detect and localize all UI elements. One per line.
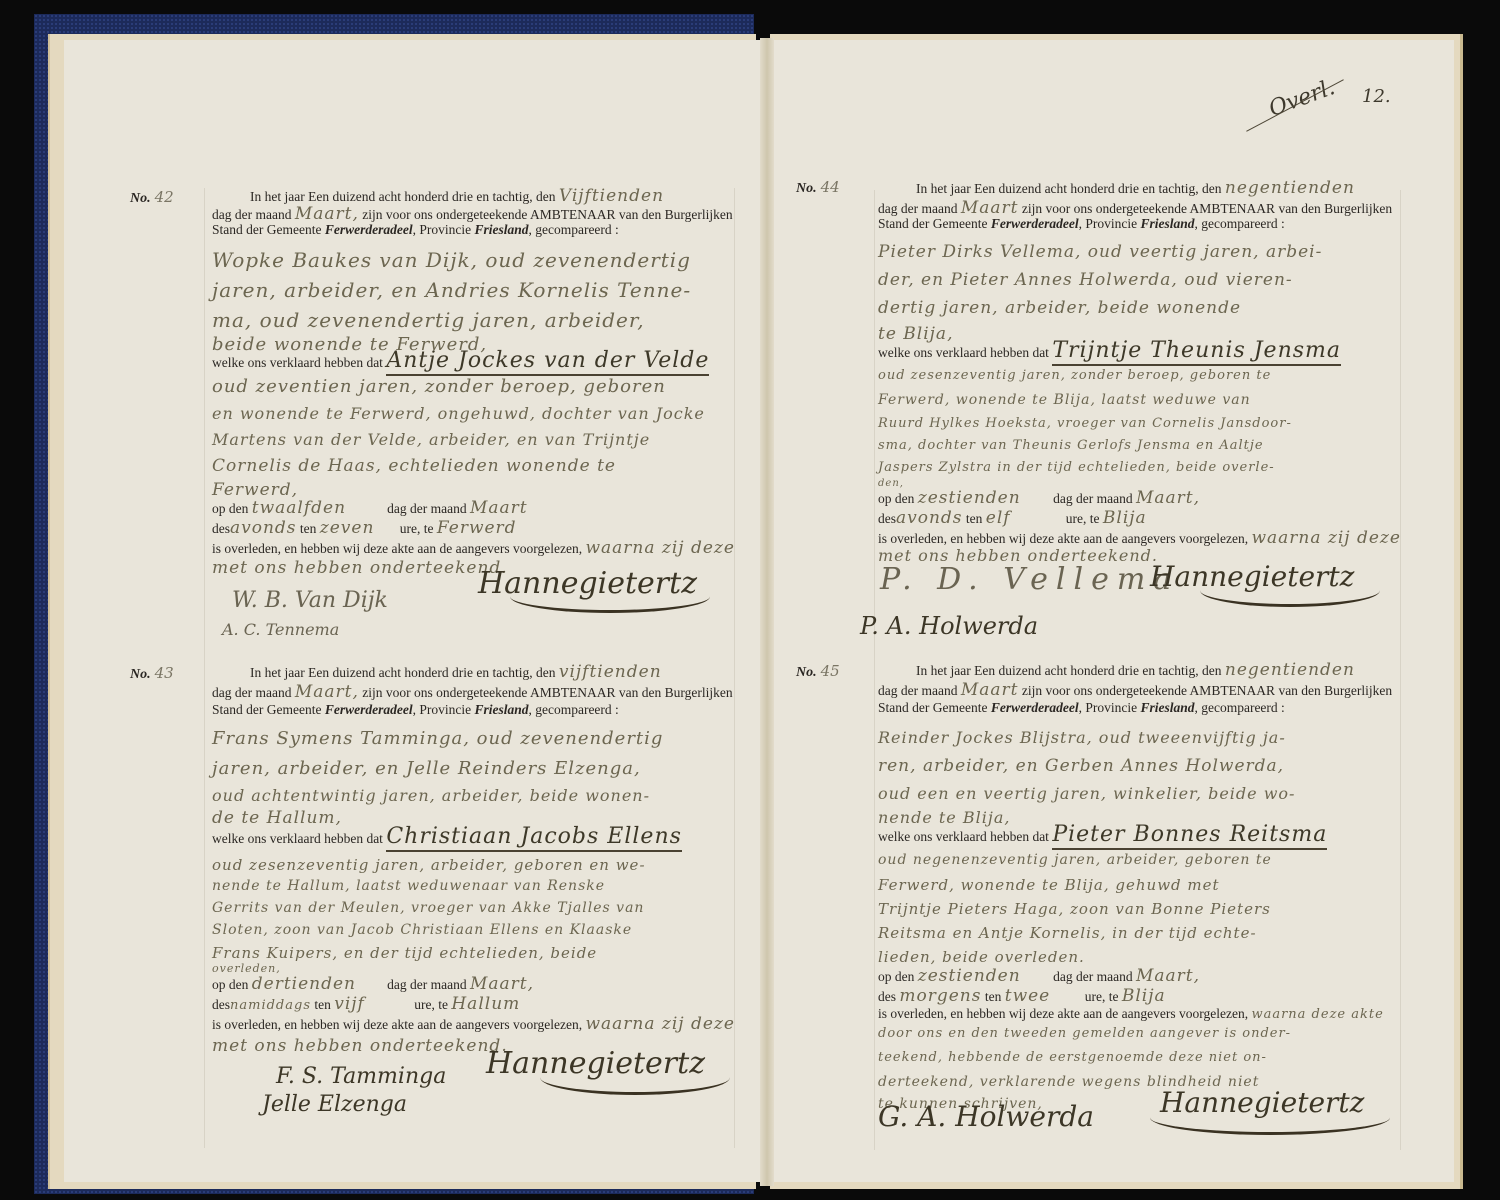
detail-line: Trijntje Pieters Haga, zoon van Bonne Pi… — [878, 900, 1271, 918]
detail-line: oud zesenzeventig jaren, zonder beroep, … — [878, 368, 1271, 383]
witness-line: ma, oud zevenendertig jaren, arbeider, — [212, 308, 645, 332]
detail-line: Ruurd Hylkes Hoeksta, vroeger van Cornel… — [878, 416, 1292, 431]
signature: G. A. Holwerda — [878, 1100, 1094, 1133]
signature: A. C. Tennema — [222, 620, 339, 639]
record-number: No.45 — [796, 662, 840, 681]
witness-line: oud een en veertig jaren, winkelier, bei… — [878, 784, 1295, 803]
detail-line: sma, dochter van Theunis Gerlofs Jensma … — [878, 438, 1264, 453]
witness-line: jaren, arbeider, en Andries Kornelis Ten… — [212, 278, 691, 302]
signature: Jelle Elzenga — [262, 1092, 407, 1117]
detail-line: nende te Hallum, laatst weduwenaar van R… — [212, 878, 605, 894]
witness-line: dertig jaren, arbeider, beide wonende — [878, 298, 1241, 318]
deceased-name: Christiaan Jacobs Ellens — [386, 824, 682, 852]
witness-line: oud achtentwintig jaren, arbeider, beide… — [212, 786, 650, 805]
detail-line: lieden, beide overleden. — [878, 948, 1085, 966]
margin-rule — [874, 190, 875, 1150]
signature: F. S. Tamminga — [276, 1064, 446, 1089]
folio-number: 12. — [1362, 86, 1391, 107]
detail-line: oud zeventien jaren, zonder beroep, gebo… — [212, 376, 666, 397]
signature-flourish — [510, 580, 710, 613]
deceased-name: Trijntje Theunis Jensma — [1052, 338, 1341, 366]
signature-flourish — [540, 1060, 730, 1095]
witness-line: der, en Pieter Annes Holwerda, oud viere… — [878, 270, 1293, 290]
record-number: No.43 — [130, 664, 174, 683]
detail-line: Gerrits van der Meulen, vroeger van Akke… — [212, 900, 644, 916]
witness-line: ren, arbeider, en Gerben Annes Holwerda, — [878, 756, 1284, 776]
witness-line: Reinder Jockes Blijstra, oud tweeenvijft… — [878, 728, 1286, 747]
detail-line: Reitsma en Antje Kornelis, in der tijd e… — [878, 924, 1257, 942]
signature: P. A. Holwerda — [860, 612, 1038, 640]
witness-line: Pieter Dirks Vellema, oud veertig jaren,… — [878, 242, 1322, 262]
detail-line: Ferwerd, wonende te Blija, laatst weduwe… — [878, 392, 1251, 408]
detail-line: oud negenenzeventig jaren, arbeider, geb… — [878, 852, 1272, 868]
detail-line: Ferwerd, wonende te Blija, gehuwd met — [878, 876, 1220, 894]
detail-line: Ferwerd, — [212, 480, 298, 500]
witness-line: Frans Symens Tamminga, oud zevenendertig — [212, 728, 663, 749]
witness-line: jaren, arbeider, en Jelle Reinders Elzen… — [212, 758, 641, 779]
record-month: Maart, — [295, 204, 359, 224]
detail-line: Martens van der Velde, arbeider, en van … — [212, 430, 650, 449]
detail-line: en wonende te Ferwerd, ongehuwd, dochter… — [212, 404, 705, 423]
deceased-name: Pieter Bonnes Reitsma — [1052, 822, 1327, 850]
record-day: Vijftienden — [559, 186, 664, 206]
detail-line: Frans Kuipers, en der tijd echtelieden, … — [212, 944, 597, 962]
detail-line: Sloten, zoon van Jacob Christiaan Ellens… — [212, 922, 632, 938]
detail-line: oud zesenzeventig jaren, arbeider, gebor… — [212, 856, 646, 874]
margin-rule — [204, 188, 205, 1148]
record-number: No.42 — [130, 188, 174, 207]
signature: P. D. Vellema — [880, 562, 1179, 597]
book-gutter — [760, 38, 774, 1186]
signature: W. B. Van Dijk — [232, 588, 388, 613]
signature-flourish — [1200, 574, 1380, 607]
record-number: No.44 — [796, 178, 840, 197]
detail-line: Jaspers Zylstra in der tijd echtelieden,… — [878, 460, 1275, 475]
witness-line: Wopke Baukes van Dijk, oud zevenendertig — [212, 248, 691, 272]
margin-rule — [1400, 190, 1401, 1150]
deceased-name: Antje Jockes van der Velde — [386, 348, 709, 376]
signature-flourish — [1150, 1100, 1390, 1135]
detail-line: Cornelis de Haas, echtelieden wonende te — [212, 456, 616, 476]
margin-rule — [734, 188, 735, 1148]
